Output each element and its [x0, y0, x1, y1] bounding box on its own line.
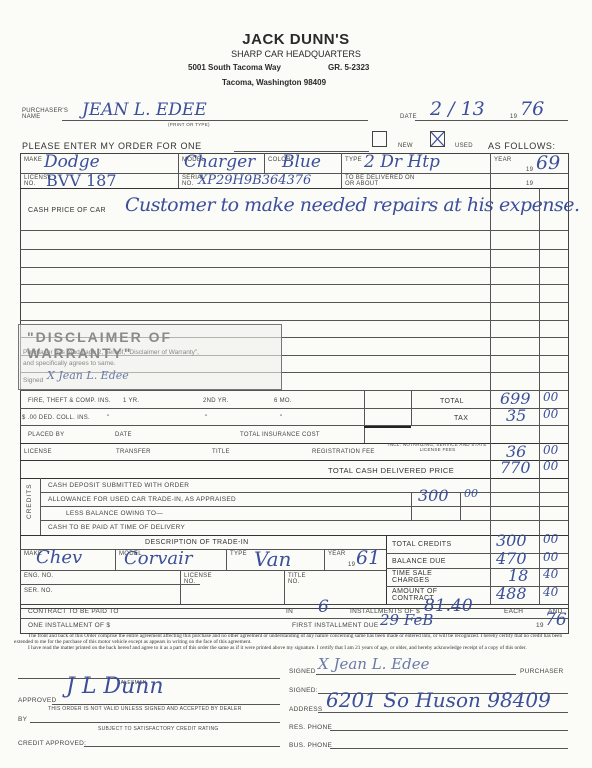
- ins-date-label: DATE: [115, 432, 132, 438]
- ins-2yr-label: 2ND YR.: [203, 398, 229, 404]
- trade-in-heading: DESCRIPTION OF TRADE-IN: [145, 539, 249, 546]
- used-checkbox[interactable]: [430, 131, 445, 147]
- approved-signature[interactable]: J L Dunn: [66, 674, 164, 699]
- dealer-name: JACK DUNN'S: [0, 31, 592, 48]
- contract-year-prefix: 19: [536, 622, 544, 629]
- amount-contract-cents[interactable]: 40: [543, 585, 558, 599]
- trade-allowance-label: ALLOWANCE FOR USED CAR TRADE-IN, AS APPR…: [48, 496, 236, 503]
- total-credits-value[interactable]: 300: [496, 531, 527, 550]
- purchaser-label: PURCHASER: [520, 668, 564, 675]
- credit-approved-label: CREDIT APPROVED:: [18, 740, 86, 747]
- ins-6mo-label: 6 MO.: [274, 398, 292, 404]
- trade-model-field[interactable]: Corvair: [124, 548, 192, 569]
- balance-due-cents[interactable]: 00: [543, 550, 558, 564]
- dealer-phone: GR. 5-2323: [328, 63, 369, 72]
- balance-due-label: BALANCE DUE: [392, 558, 446, 565]
- vehicle-model-field[interactable]: Charger: [184, 152, 255, 172]
- vehicle-year-field[interactable]: 69: [536, 152, 560, 174]
- vehicle-type-field[interactable]: 2 Dr Htp: [364, 152, 440, 172]
- trade-type-label: TYPE: [230, 551, 247, 557]
- purchaser-signature[interactable]: X Jean L. Edee: [318, 655, 430, 673]
- transfer-label: TRANSFER: [116, 449, 151, 455]
- ditto-mark: ": [205, 415, 207, 421]
- disclaimer-signed-label: Signed: [23, 377, 43, 384]
- ins-1yr-label: 1 YR.: [123, 398, 139, 404]
- paid-to-label: CONTRACT TO BE PAID TO: [28, 608, 119, 615]
- total-credits-cents[interactable]: 00: [543, 532, 558, 546]
- type-label: TYPE: [345, 157, 362, 163]
- tax-value[interactable]: 35: [506, 406, 526, 425]
- balance-owing-label: LESS BALANCE OWING TO—: [66, 510, 163, 517]
- total-cents[interactable]: 00: [543, 390, 558, 404]
- disclaimer-stamp: "DISCLAIMER OF WARRANTY" Purchaser has r…: [18, 324, 282, 390]
- dealer-city: Tacoma, Washington 98409: [222, 78, 326, 87]
- credits-side-label: CREDITS: [26, 483, 33, 519]
- total-credits-label: TOTAL CREDITS: [392, 541, 452, 548]
- cash-price-note[interactable]: Customer to make needed repairs at his e…: [125, 194, 580, 216]
- checkmark-x-icon: [431, 132, 444, 146]
- vehicle-license-field[interactable]: BVV 187: [46, 171, 117, 190]
- dealer-address: 5001 South Tacoma Way: [188, 63, 281, 72]
- vehicle-year-prefix: 19: [526, 167, 533, 173]
- disclaimer-title: "DISCLAIMER OF WARRANTY": [27, 329, 281, 361]
- trade-allowance-value[interactable]: 300: [418, 486, 449, 505]
- ditto-mark: ": [280, 415, 282, 421]
- order-suffix: AS FOLLOWS:: [488, 141, 556, 151]
- deliver-year-prefix: 19: [526, 181, 533, 187]
- placed-by-label: PLACED BY: [28, 432, 64, 438]
- by-label: BY: [18, 716, 27, 723]
- license-fee-label: LICENSE: [24, 449, 52, 455]
- res-phone-label: RES. PHONE: [289, 724, 332, 731]
- registration-fee-label: REGISTRATION FEE: [312, 449, 375, 455]
- disclaimer-line2: and specifically agrees to same.: [23, 360, 116, 367]
- new-label: NEW: [398, 143, 413, 149]
- license-label: LICENSE NO.: [24, 175, 44, 187]
- legal-paragraph-1: The front and back of this Order compris…: [14, 633, 576, 645]
- disclaimer-signature[interactable]: X Jean L. Edee: [47, 369, 129, 382]
- ditto-mark: ": [107, 415, 109, 421]
- fees-cents[interactable]: 00: [543, 443, 558, 457]
- installments-count[interactable]: 6: [318, 597, 329, 617]
- credit-rating-note: SUBJECT TO SATISFACTORY CREDIT RATING: [98, 726, 219, 732]
- incl-fees-note: INCL. NOTARIZING, SERVICE AND STATE LICE…: [385, 442, 490, 452]
- collision-label: $ .00 DED. COLL. INS.: [22, 415, 90, 421]
- trade-allowance-cents[interactable]: 00: [464, 487, 478, 500]
- print-or-type-hint: (PRINT OR TYPE): [168, 122, 210, 127]
- total-label: TOTAL: [440, 398, 464, 405]
- res-phone-field[interactable]: [330, 730, 568, 731]
- each-label: EACH: [504, 608, 523, 615]
- signed2-label: SIGNED:: [289, 687, 318, 694]
- purchaser-name-field[interactable]: JEAN L. EDEE: [82, 100, 207, 120]
- make-label: MAKE: [24, 157, 42, 163]
- deliver-label: TO BE DELIVERED ON OR ABOUT: [345, 175, 425, 187]
- signed-label: SIGNED: [289, 668, 316, 675]
- order-prefix: PLEASE ENTER MY ORDER FOR ONE: [22, 141, 202, 151]
- bus-phone-label: BUS. PHONE: [289, 742, 332, 749]
- trade-type-field[interactable]: Van: [254, 547, 291, 571]
- one-installment-label: ONE INSTALLMENT OF $: [28, 622, 110, 629]
- in-label: IN: [286, 608, 293, 615]
- legal-paragraph-2: I have read the matter printed on the ba…: [14, 645, 576, 651]
- cash-price-label: CASH PRICE OF CAR: [28, 207, 106, 214]
- cash-deposit-label: CASH DEPOSIT SUBMITTED WITH ORDER: [48, 482, 189, 489]
- fire-theft-label: FIRE, THEFT & COMP. INS.: [28, 398, 111, 404]
- trade-year-label: YEAR: [328, 551, 346, 557]
- trade-license-label: LICENSE NO.: [184, 573, 212, 585]
- time-sale-value[interactable]: 18: [508, 566, 528, 585]
- time-sale-label: TIME SALE CHARGES: [392, 570, 452, 584]
- total-insurance-label: TOTAL INSURANCE COST: [240, 432, 320, 438]
- vehicle-color-field[interactable]: Blue: [282, 152, 321, 172]
- amount-contract-value[interactable]: 488: [496, 584, 527, 603]
- tax-cents[interactable]: 00: [543, 407, 558, 421]
- trade-eng-label: ENG. NO.: [24, 573, 53, 579]
- purchase-order-form: JACK DUNN'S SHARP CAR HEADQUARTERS 5001 …: [0, 0, 592, 768]
- contract-year-field[interactable]: 76: [545, 610, 567, 630]
- total-delivered-value[interactable]: 770: [500, 458, 531, 477]
- address-field[interactable]: 6201 So Huson 98409: [326, 688, 551, 712]
- trade-title-label: TITLE NO.: [288, 573, 310, 585]
- trade-year-field[interactable]: 61: [356, 547, 380, 569]
- trade-year-prefix: 19: [348, 562, 355, 568]
- approved-label: APPROVED: [18, 697, 57, 704]
- total-delivered-cents[interactable]: 00: [543, 459, 558, 473]
- title-fee-label: TITLE: [212, 449, 230, 455]
- purchaser-name-label: PURCHASER'S NAME: [22, 108, 62, 120]
- date-year-field[interactable]: 76: [520, 98, 544, 120]
- time-sale-cents[interactable]: 40: [543, 567, 558, 581]
- vehicle-serial-field[interactable]: XP29H9B364376: [198, 173, 311, 188]
- new-checkbox[interactable]: [372, 131, 387, 147]
- trade-make-field[interactable]: Chev: [36, 547, 82, 568]
- cash-at-delivery-label: CASH TO BE PAID AT TIME OF DELIVERY: [48, 524, 185, 531]
- date-field[interactable]: 2 / 13: [430, 98, 485, 120]
- first-due-label: FIRST INSTALLMENT DUE: [292, 622, 378, 629]
- bus-phone-field[interactable]: [330, 748, 568, 749]
- total-delivered-label: TOTAL CASH DELIVERED PRICE: [328, 466, 454, 475]
- not-valid-note: THIS ORDER IS NOT VALID UNLESS SIGNED AN…: [48, 706, 242, 712]
- vehicle-make-field[interactable]: Dodge: [44, 152, 100, 172]
- dealer-tagline: SHARP CAR HEADQUARTERS: [0, 49, 592, 59]
- first-due-field[interactable]: 29 FeB: [380, 611, 433, 629]
- used-label: USED: [455, 143, 473, 149]
- trade-ser-label: SER. NO.: [24, 588, 53, 594]
- tax-label: TAX: [454, 415, 468, 422]
- year-label: YEAR: [494, 157, 512, 163]
- disclaimer-line1: Purchaser has read page 2, hereof, "Disc…: [23, 349, 199, 356]
